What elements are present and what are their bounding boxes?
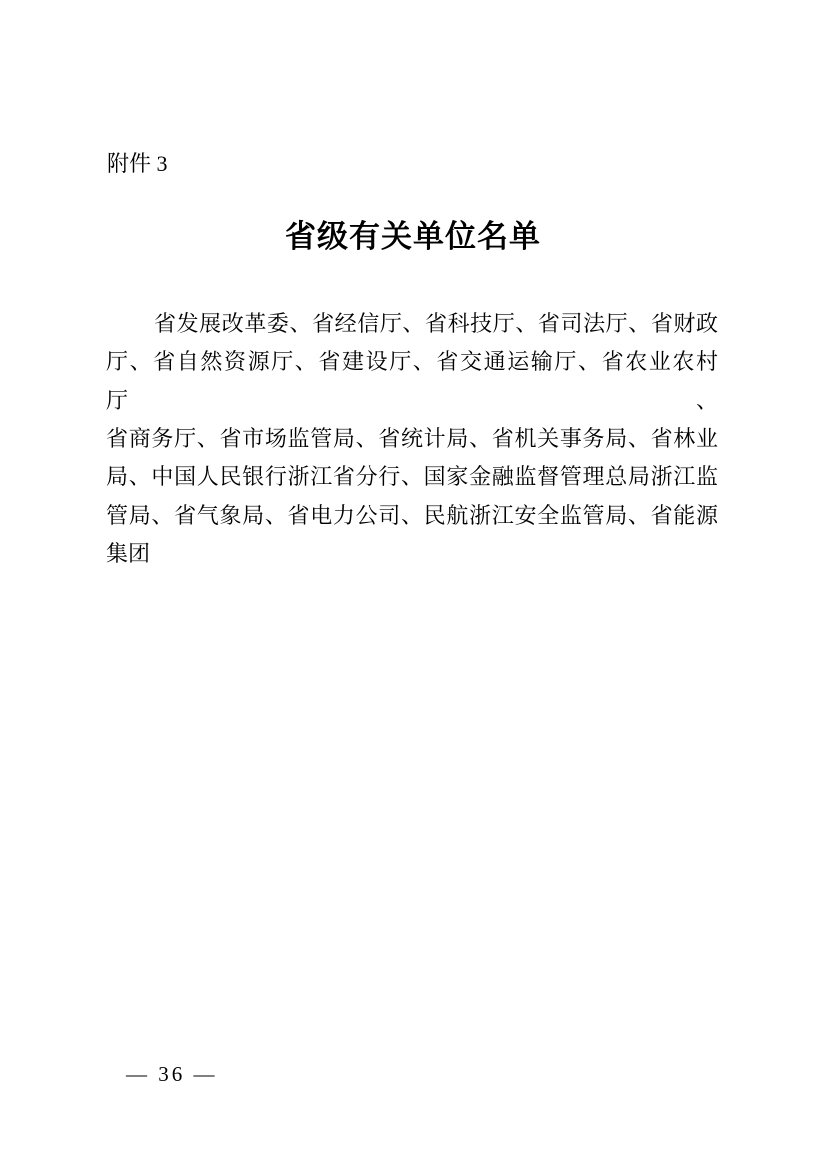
paragraph-line: 省发展改革委、省经信厅、省科技厅、省司法厅、省财政 bbox=[106, 305, 718, 343]
document-page: 附件 3 省级有关单位名单 省发展改革委、省经信厅、省科技厅、省司法厅、省财政 … bbox=[0, 0, 826, 1169]
paragraph-line: 集团 bbox=[106, 535, 718, 573]
paragraph-line: 局、中国人民银行浙江省分行、国家金融监督管理总局浙江监 bbox=[106, 458, 718, 496]
paragraph-line: 厅、省自然资源厅、省建设厅、省交通运输厅、省农业农村厅、 bbox=[106, 343, 718, 420]
page-number: — 36 — bbox=[126, 1062, 218, 1087]
paragraph-line: 管局、省气象局、省电力公司、民航浙江安全监管局、省能源 bbox=[106, 497, 718, 535]
body-paragraph: 省发展改革委、省经信厅、省科技厅、省司法厅、省财政 厅、省自然资源厅、省建设厅、… bbox=[106, 305, 718, 573]
paragraph-line: 省商务厅、省市场监管局、省统计局、省机关事务局、省林业 bbox=[106, 420, 718, 458]
attachment-label: 附件 3 bbox=[107, 151, 168, 177]
page-title: 省级有关单位名单 bbox=[0, 218, 826, 255]
